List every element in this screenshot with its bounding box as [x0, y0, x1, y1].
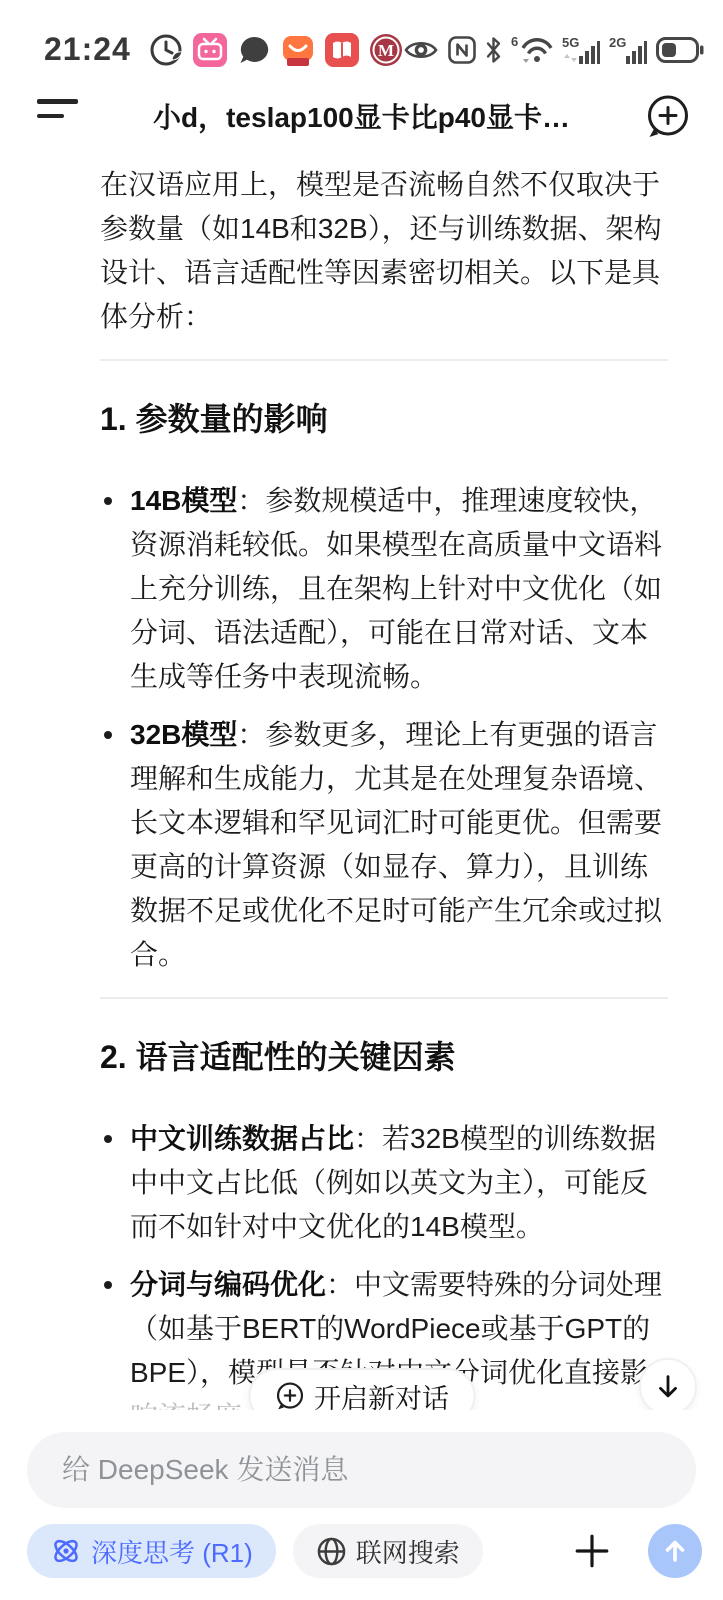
message-input-container [27, 1432, 696, 1508]
arrow-up-icon [659, 1535, 691, 1567]
section-divider [100, 359, 668, 361]
svg-text:6: 6 [511, 35, 518, 49]
composer-toolbar: 深度思考 (R1) 联网搜索 [27, 1524, 702, 1578]
cmb-bank-icon: M [369, 33, 403, 67]
svg-text:M: M [378, 41, 394, 60]
timer-leaf-icon [149, 33, 183, 67]
list-item: 32B模型：参数更多，理论上有更强的语言理解和生成能力，尤其是在处理复杂语境、长… [100, 713, 668, 977]
conversation-title: 小d，teslap100显卡比p40显卡… [153, 96, 570, 136]
deep-think-toggle[interactable]: 深度思考 (R1) [27, 1524, 276, 1578]
app-header: 小d，teslap100显卡比p40显卡… [0, 85, 723, 147]
red-book-icon [325, 33, 359, 67]
scroll-to-bottom-button[interactable] [639, 1358, 697, 1416]
signal-5g-icon: 5G [562, 35, 600, 65]
status-bar: 21:24 [0, 0, 723, 85]
bullet-dot [104, 731, 112, 739]
list-item: 14B模型：参数规模适中，推理速度较快，资源消耗较低。如果模型在高质量中文语料上… [100, 479, 668, 699]
battery-icon [656, 37, 704, 63]
sim1-label: 5G [562, 35, 579, 50]
bullet-dot [104, 497, 112, 505]
new-chat-button[interactable] [644, 93, 692, 141]
atom-icon [50, 1535, 82, 1567]
didi-icon [281, 33, 315, 67]
composer: 深度思考 (R1) 联网搜索 [0, 1410, 723, 1600]
nfc-icon [448, 36, 476, 64]
globe-icon [316, 1536, 347, 1567]
bullet-dot [104, 1135, 112, 1143]
menu-button[interactable] [37, 99, 81, 121]
chat-plus-icon [274, 1381, 305, 1412]
sim2-label: 2G [609, 35, 626, 50]
status-bar-right: 6 5G 2G [403, 35, 704, 65]
status-bar-left: 21:24 [44, 31, 403, 68]
attach-button[interactable] [570, 1529, 614, 1573]
intro-paragraph: 在汉语应用上，模型是否流畅自然不仅取决于参数量（如14B和32B），还与训练数据… [100, 163, 668, 339]
plus-icon [660, 108, 676, 124]
message-input[interactable] [60, 1453, 663, 1487]
assistant-message: 在汉语应用上，模型是否流畅自然不仅取决于参数量（如14B和32B），还与训练数据… [0, 147, 723, 1439]
list-item: 中文训练数据占比：若32B模型的训练数据中中文占比低（例如以英文为主），可能反而… [100, 1117, 668, 1249]
chat-bubble-icon [237, 33, 271, 67]
section-divider [100, 997, 668, 999]
section-heading-2: 2. 语言适配性的关键因素 [100, 1037, 668, 1077]
signal-2g-icon: 2G [609, 35, 647, 65]
wifi6-icon: 6 [511, 35, 553, 65]
bilibili-icon [193, 33, 227, 67]
arrow-down-icon [653, 1372, 683, 1402]
deepseek-app-screen: 21:24 [0, 0, 723, 1600]
plus-icon [573, 1532, 611, 1570]
web-search-toggle[interactable]: 联网搜索 [293, 1524, 483, 1578]
section-heading-1: 1. 参数量的影响 [100, 399, 668, 439]
bluetooth-icon [485, 36, 502, 64]
send-button[interactable] [648, 1524, 702, 1578]
bullet-list-1: 14B模型：参数规模适中，推理速度较快，资源消耗较低。如果模型在高质量中文语料上… [100, 479, 668, 977]
menu-icon [37, 99, 78, 104]
bullet-dot [104, 1281, 112, 1289]
clock-time: 21:24 [44, 31, 131, 68]
eye-icon [403, 37, 439, 63]
